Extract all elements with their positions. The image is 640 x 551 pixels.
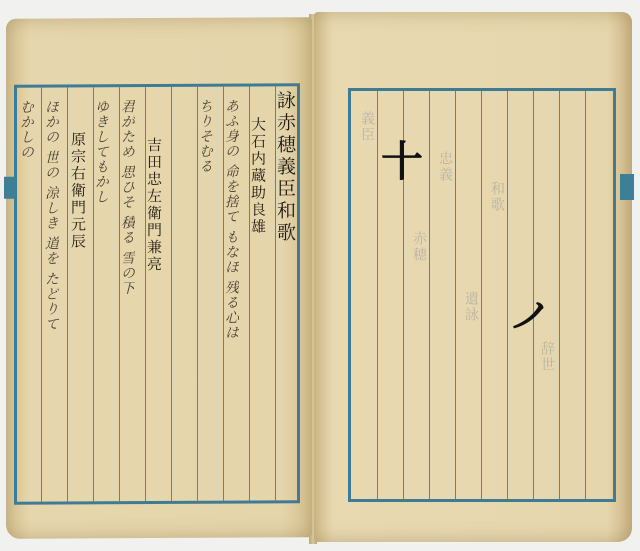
page-title: 詠赤穂義臣和歌 (275, 90, 294, 244)
verse-text: ほかの 世の 涼しき 道を たどりて (44, 100, 58, 480)
verse-text: 君がため 思ひそ 積る 雪の下 (120, 99, 134, 479)
left-page-frame: 詠赤穂義臣和歌 大石内蔵助良雄 あふ身の 命を捨て もなほ 残る心は ちりそむる… (14, 83, 300, 504)
show-through-text: 和歌 (487, 181, 507, 213)
page-tab (620, 174, 634, 200)
column-rule (455, 91, 456, 499)
column-rule (41, 88, 42, 502)
page-tab (4, 177, 16, 199)
right-page: 義臣 赤穂 忠義 遺詠 和歌 辞世 十 ノ (314, 12, 632, 542)
ink-mark-ju: 十 (381, 129, 423, 189)
column-rule (377, 91, 378, 499)
column-rule (429, 91, 430, 499)
right-page-frame: 義臣 赤穂 忠義 遺詠 和歌 辞世 十 ノ (348, 88, 616, 502)
verse-text: むかしの (19, 100, 33, 400)
column-rule (585, 91, 586, 499)
verse-text: ゆきしてもかし (94, 99, 108, 479)
show-through-text: 赤穂 (409, 231, 429, 263)
show-through-text: 義臣 (357, 111, 377, 143)
column-rule (67, 87, 68, 501)
verse-text: あふ身の 命を捨て もなほ 残る心は (224, 99, 238, 479)
column-rule (481, 91, 482, 499)
show-through-text: 辞世 (537, 341, 557, 373)
author-name: 吉田忠左衛門兼亮 (146, 137, 161, 273)
left-page: 詠赤穂義臣和歌 大石内蔵助良雄 あふ身の 命を捨て もなほ 残る心は ちりそむる… (6, 17, 312, 539)
show-through-text: 忠義 (435, 151, 455, 183)
column-rule (559, 91, 560, 499)
author-name: 大石内蔵助良雄 (250, 116, 265, 235)
ink-stroke: ノ (506, 281, 557, 345)
column-rule (507, 91, 508, 499)
verse-text: ちりそむる (198, 99, 212, 479)
author-name: 原宗右衛門元辰 (70, 131, 85, 250)
column-rule (171, 87, 172, 501)
show-through-text: 遺詠 (461, 291, 481, 323)
